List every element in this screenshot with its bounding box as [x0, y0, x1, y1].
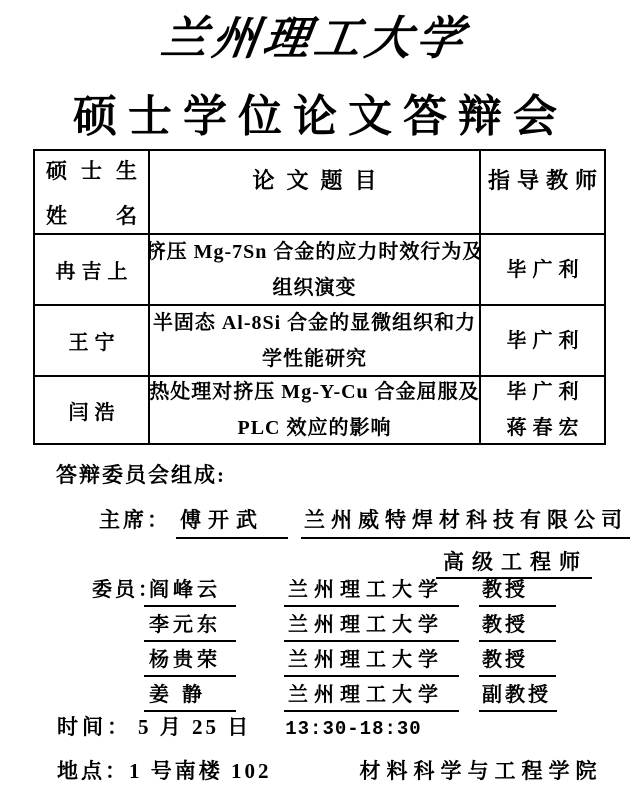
place-label: 地点： [57, 755, 129, 785]
committee-member-4-affiliation: 兰州理工大学 [284, 678, 459, 712]
table-header-advisor: 指导教师 [479, 151, 604, 233]
committee-chair-label: 主席： [99, 504, 171, 539]
university-logo-calligraphy: 兰州理工大学 [0, 2, 630, 68]
table-row-3-advisor-name-2: 蒋春宏 [501, 410, 585, 443]
table-row-1-student-name: 冉吉上 [35, 233, 148, 304]
table-row-2-thesis-line1: 半固态 Al-8Si 合金的显微组织和力 [153, 305, 476, 341]
thesis-defense-announcement: 兰州理工大学 硕士学位论文答辩会 硕士生 姓 名 论文题目 指导教师 冉吉上 挤… [0, 0, 630, 798]
committee-member-2-title: 教授 [479, 608, 556, 642]
table-row-1-thesis-line1: 挤压 Mg-7Sn 合金的应力时效行为及 [148, 234, 479, 270]
committee-heading: 答辩委员会组成: [56, 459, 226, 489]
committee-members-label-spacer [92, 672, 144, 677]
schedule-time-row: 时间： 5 月 25 日 13:30-18:30 [57, 711, 422, 741]
table-row-3-thesis-line2: PLC 效应的影响 [238, 410, 392, 443]
table-header-student-surname-char: 姓 [46, 200, 67, 230]
table-row-1-advisor-name: 毕广利 [501, 252, 585, 288]
schedule-place-row: 地点： 1 号南楼 102 材料科学与工程学院 [57, 755, 603, 785]
place-department: 材料科学与工程学院 [360, 755, 603, 785]
committee-member-4-title: 副教授 [479, 678, 557, 712]
time-range: 13:30-18:30 [285, 718, 421, 740]
committee-member-1-affiliation: 兰州理工大学 [284, 573, 459, 607]
committee-chair-name: 傅开武 [176, 504, 288, 539]
committee-members-label: 委员： [92, 573, 144, 607]
table-row-2-advisor: 毕广利 [479, 304, 604, 375]
committee-member-2-name: 李元东 [144, 608, 236, 642]
table-row-2-student-name: 王宁 [35, 304, 148, 375]
table-row-1-thesis-title: 挤压 Mg-7Sn 合金的应力时效行为及 组织演变 [148, 233, 479, 304]
table-header-student-line2: 姓 名 [46, 200, 137, 230]
table-row-3-advisor-name-1: 毕广利 [501, 375, 585, 410]
committee-members-list: 委员： 阎峰云 兰州理工大学 教授 李元东 兰州理工大学 教授 杨贵荣 兰州理工… [92, 572, 557, 712]
table-header-thesis-title: 论文题目 [148, 151, 479, 233]
committee-chair-row: 主席： 傅开武 兰州威特焊材科技有限公司 [99, 504, 630, 539]
table-row-3-thesis-title: 热处理对挤压 Mg-Y-Cu 合金屈服及 PLC 效应的影响 [148, 375, 479, 443]
table-row-3-thesis-line1: 热处理对挤压 Mg-Y-Cu 合金屈服及 [149, 375, 479, 410]
table-row-1-advisor: 毕广利 [479, 233, 604, 304]
committee-member-row-1: 委员： 阎峰云 兰州理工大学 教授 [92, 572, 557, 607]
committee-members-label-spacer [92, 637, 144, 642]
committee-member-row-3: 杨贵荣 兰州理工大学 教授 [92, 642, 557, 677]
committee-member-3-affiliation: 兰州理工大学 [284, 643, 459, 677]
table-row-1-thesis-line2: 组织演变 [273, 270, 357, 305]
committee-chair-affiliation: 兰州威特焊材科技有限公司 [301, 504, 630, 539]
table-row-2-thesis-title: 半固态 Al-8Si 合金的显微组织和力 学性能研究 [148, 304, 479, 375]
table-row-2-advisor-name: 毕广利 [501, 323, 585, 359]
committee-member-row-4: 姜 静 兰州理工大学 副教授 [92, 677, 557, 712]
table-row-3-student-name: 闫浩 [35, 375, 148, 443]
defense-table: 硕士生 姓 名 论文题目 指导教师 冉吉上 挤压 Mg-7Sn 合金的应力时效行… [33, 149, 606, 445]
committee-member-3-name: 杨贵荣 [144, 643, 236, 677]
table-header-student-givenname-char: 名 [116, 200, 137, 230]
table-header-student-line1: 硕士生 [35, 155, 148, 185]
committee-member-4-name: 姜 静 [144, 678, 236, 712]
place-value: 1 号南楼 102 [129, 755, 272, 785]
committee-member-3-title: 教授 [479, 643, 556, 677]
committee-member-1-name: 阎峰云 [144, 573, 236, 607]
table-row-2-thesis-line2: 学性能研究 [262, 341, 367, 376]
committee-member-row-2: 李元东 兰州理工大学 教授 [92, 607, 557, 642]
committee-member-2-affiliation: 兰州理工大学 [284, 608, 459, 642]
table-row-3-advisor: 毕广利 蒋春宏 [479, 375, 604, 443]
time-label: 时间： [57, 711, 132, 741]
committee-member-1-title: 教授 [479, 573, 556, 607]
table-header-student-name: 硕士生 姓 名 [35, 151, 148, 233]
time-date: 5 月 25 日 [138, 711, 251, 741]
page-title: 硕士学位论文答辩会 [0, 80, 630, 144]
